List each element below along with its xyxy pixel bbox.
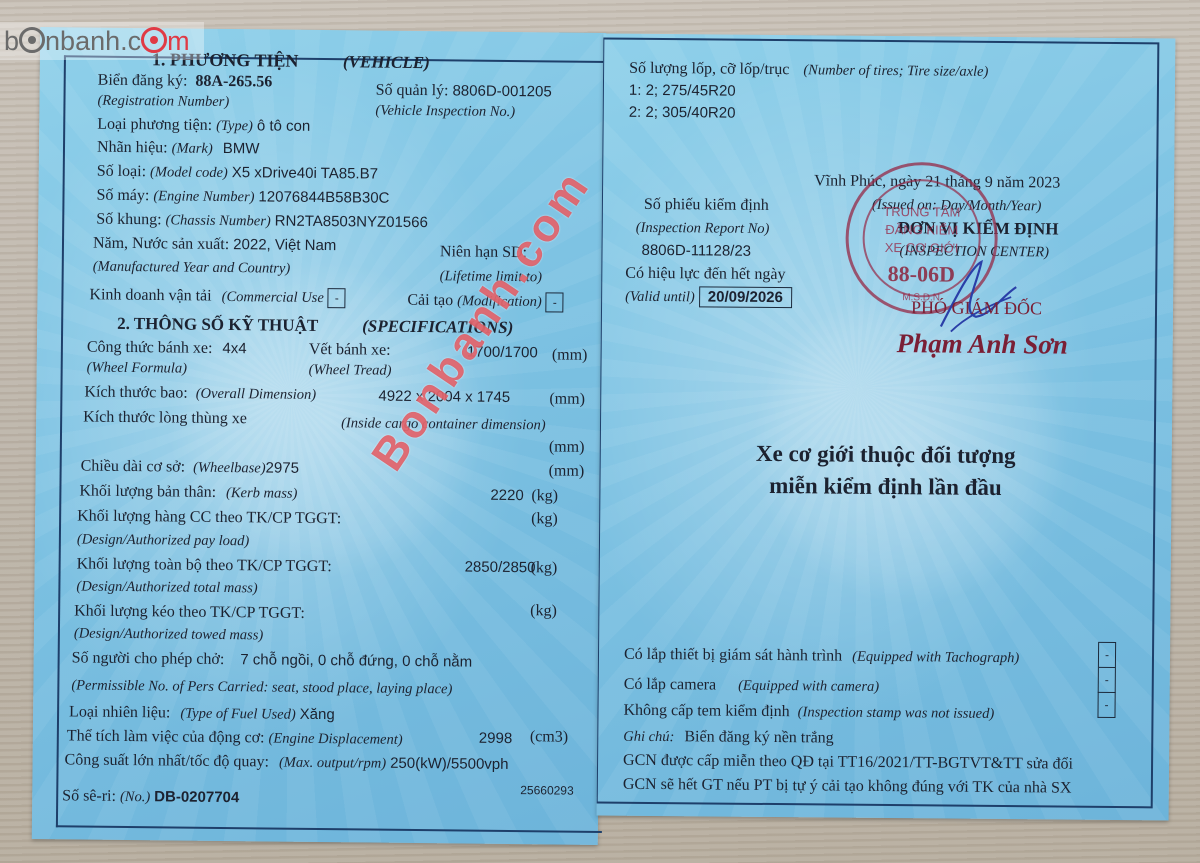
valid-until-value: 20/09/2026 (699, 286, 792, 308)
notice-line-1: Xe cơ giới thuộc đối tượng (600, 438, 1172, 473)
towed-mass-unit: (kg) (530, 602, 557, 620)
registration-value: 88A-265.56 (195, 73, 272, 91)
chassis-number-value: RN2TA8503NYZ01566 (275, 213, 428, 232)
tachograph-checkbox: - (1098, 642, 1116, 668)
manufacture-value: 2022, Việt Nam (233, 236, 336, 254)
wheel-formula-row: Công thức bánh xe: 4x4 (87, 339, 247, 359)
valid-label: Có hiệu lực đến hết ngày (625, 265, 785, 284)
commercial-use-row: Kinh doanh vận tải (Commercial Use - (89, 286, 346, 309)
towed-mass-label-en: (Design/Authorized towed mass) (74, 624, 263, 644)
model-code-row: Số loại: (Model code) X5 xDrive40i TA85.… (97, 163, 378, 184)
payload-unit: (kg) (531, 510, 558, 528)
report-label: Số phiếu kiểm định (644, 196, 769, 215)
payload-label-en: (Design/Authorized pay load) (77, 530, 250, 550)
cargo-dimension-unit: (mm) (549, 438, 585, 456)
notes-row: Ghi chú: Biển đăng ký nền trắng (623, 728, 834, 748)
wheel-formula-value: 4x4 (222, 340, 246, 357)
model-code-value: X5 xDrive40i TA85.B7 (232, 164, 378, 183)
inspection-no-label-en: (Vehicle Inspection No.) (375, 102, 515, 121)
towed-mass-label: Khối lượng kéo theo TK/CP TGGT: (74, 602, 305, 622)
equipment-tachograph: Có lắp thiết bị giám sát hành trình (Equ… (624, 646, 1019, 667)
tires-header: Số lượng lốp, cỡ lốp/trục (Number of tir… (629, 60, 988, 81)
manufacture-row: Năm, Nước sản xuất: 2022, Việt Nam (93, 235, 337, 256)
wheel-tread-label: Vết bánh xe: (309, 341, 391, 360)
serial-value: DB-0207704 (154, 788, 239, 806)
notice-line-2: miễn kiểm định lần đầu (599, 470, 1171, 505)
total-mass-unit: (kg) (531, 559, 558, 577)
cargo-dimension-label: Kích thước lòng thùng xe (83, 409, 247, 429)
valid-row: (Valid until) 20/09/2026 (625, 288, 792, 307)
bonbanh-logo: bnbanh.cm (0, 22, 204, 60)
left-page: 1. PHƯƠNG TIỆN (VEHICLE) Biển đăng ký: 8… (32, 27, 606, 845)
persons-value: 7 chỗ ngồi, 0 chỗ đứng, 0 chỗ nằm (240, 651, 472, 670)
total-mass-label: Khối lượng toàn bộ theo TK/CP TGGT: (77, 555, 332, 576)
fuel-row: Loại nhiên liệu: (Type of Fuel Used) Xăn… (69, 703, 335, 724)
kerb-mass-value: 2220 (490, 487, 524, 505)
payload-label: Khối lượng hàng CC theo TK/CP TGGT: (77, 507, 341, 528)
inspection-no-value: 8806D-001205 (452, 82, 551, 100)
engine-number-row: Số máy: (Engine Number) 12076844B58B30C (96, 187, 389, 208)
tire-axle-2: 2: 2; 305/40R20 (629, 104, 736, 123)
type-value: ô tô con (257, 117, 311, 135)
tire-axle-1: 1: 2; 275/45R20 (629, 82, 736, 101)
equipment-camera: Có lắp camera (Equipped with camera) (624, 676, 880, 696)
stamp-not-issued-checkbox: - (1097, 693, 1115, 718)
signer-name: Phạm Anh Sơn (897, 328, 1068, 360)
wheel-icon (141, 27, 167, 53)
max-output-value: 250(kW)/5500vph (390, 755, 509, 773)
overall-dimension-row: Kích thước bao: (Overall Dimension) (84, 384, 316, 404)
engine-number-value: 12076844B58B30C (258, 188, 389, 206)
serial-row: Số sê-ri: (No.) DB-0207704 (62, 787, 239, 807)
commercial-use-checkbox: - (328, 288, 346, 308)
manufacture-label-en: (Manufactured Year and Country) (93, 258, 291, 278)
camera-checkbox: - (1098, 668, 1116, 693)
mark-value: BMW (223, 140, 260, 157)
modification-checkbox: - (546, 292, 564, 312)
kerb-mass-unit: (kg) (531, 487, 558, 505)
wheelbase-value: 2975 (266, 459, 300, 476)
kerb-mass-row: Khối lượng bản thân: (Kerb mass) (79, 482, 297, 502)
overall-dimension-unit: (mm) (549, 390, 585, 408)
right-page: Số lượng lốp, cỡ lốp/trục (Number of tir… (597, 34, 1176, 821)
displacement-unit: (cm3) (530, 728, 568, 746)
equipment-stamp-not-issued: Không cấp tem kiểm định (Inspection stam… (623, 702, 994, 723)
total-mass-label-en: (Design/Authorized total mass) (76, 577, 257, 597)
registration-label-en: (Registration Number) (97, 92, 229, 111)
wheel-icon (19, 27, 45, 53)
equipment-checkboxes: - - - (1097, 642, 1116, 718)
total-mass-value: 2850/2850 (465, 559, 536, 578)
displacement-row: Thể tích làm việc của động cơ: (Engine D… (67, 727, 403, 749)
report-value: 8806D-11128/23 (641, 242, 751, 261)
type-row: Loại phương tiện: (Type) ô tô con (97, 116, 310, 136)
wheel-formula-label-en: (Wheel Formula) (87, 359, 187, 378)
wheel-tread-label-en: (Wheel Tread) (309, 361, 392, 380)
displacement-value: 2998 (479, 730, 513, 748)
print-code: 25660293 (520, 783, 574, 798)
registration-row: Biển đăng ký: 88A-265.56 (98, 72, 273, 92)
wheel-tread-unit: (mm) (552, 346, 588, 364)
fuel-value: Xăng (300, 706, 335, 723)
signer-role: PHÓ GIÁM ĐỐC (911, 298, 1042, 317)
mark-row: Nhãn hiệu: (Mark) BMW (97, 139, 260, 159)
wheelbase-unit: (mm) (549, 462, 585, 480)
inspection-no-row: Số quản lý: 8806D-001205 (376, 82, 552, 102)
wheelbase-row: Chiều dài cơ sở: (Wheelbase)2975 (81, 458, 299, 478)
report-label-en: (Inspection Report No) (636, 219, 770, 238)
chassis-number-row: Số khung: (Chassis Number) RN2TA8503NYZ0… (96, 211, 428, 232)
